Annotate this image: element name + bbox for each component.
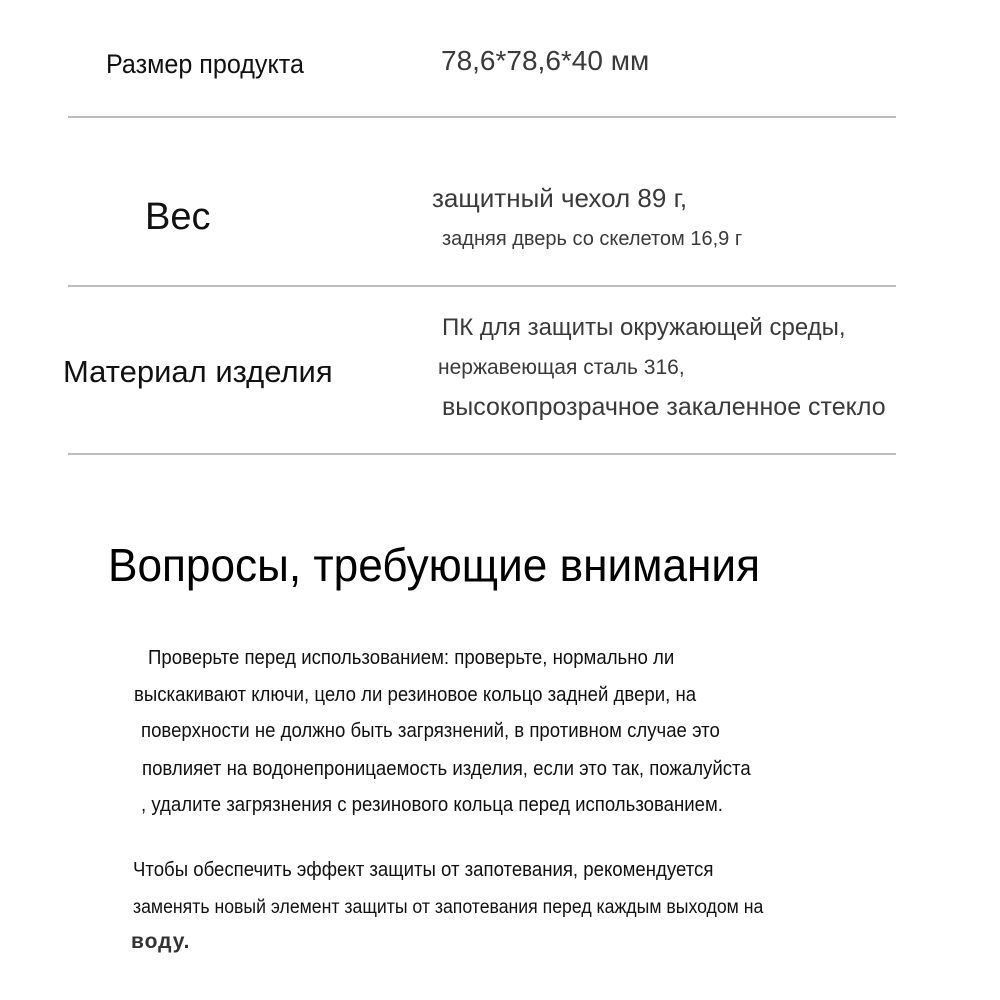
spec-label-size: Размер продукта (106, 49, 304, 80)
spec-value-weight-line: задняя дверь со скелетом 16,9 г (442, 228, 742, 251)
divider (68, 453, 896, 455)
spec-value-material-line: высокопрозрачное закаленное стекло (442, 393, 886, 422)
spec-value-material-line: нержавеющая сталь 316, (438, 356, 685, 380)
paragraph-line: выскакивают ключи, цело ли резиновое кол… (134, 684, 696, 707)
paragraph-line: Чтобы обеспечить эффект защиты от запоте… (133, 859, 713, 882)
paragraph-line: повлияет на водонепроницаемость изделия,… (142, 758, 751, 781)
divider (68, 116, 896, 118)
spec-value-size: 78,6*78,6*40 мм (441, 45, 649, 77)
spec-label-material: Материал изделия (63, 354, 333, 390)
spec-value-weight-line: защитный чехол 89 г, (432, 183, 687, 214)
paragraph-line: , удалите загрязнения с резинового кольц… (141, 794, 723, 817)
spec-value-material-line: ПК для защиты окружающей среды, (442, 314, 846, 342)
paragraph-line: заменять новый элемент защиты от запотев… (133, 897, 763, 919)
paragraph-line: поверхности не должно быть загрязнений, … (141, 720, 720, 743)
paragraph-line: Проверьте перед использованием: проверьт… (148, 647, 674, 670)
paragraph-line: воду. (131, 930, 190, 954)
spec-label-weight: Вес (145, 196, 210, 239)
notes-heading: Вопросы, требующие внимания (108, 538, 760, 592)
divider (68, 285, 896, 287)
